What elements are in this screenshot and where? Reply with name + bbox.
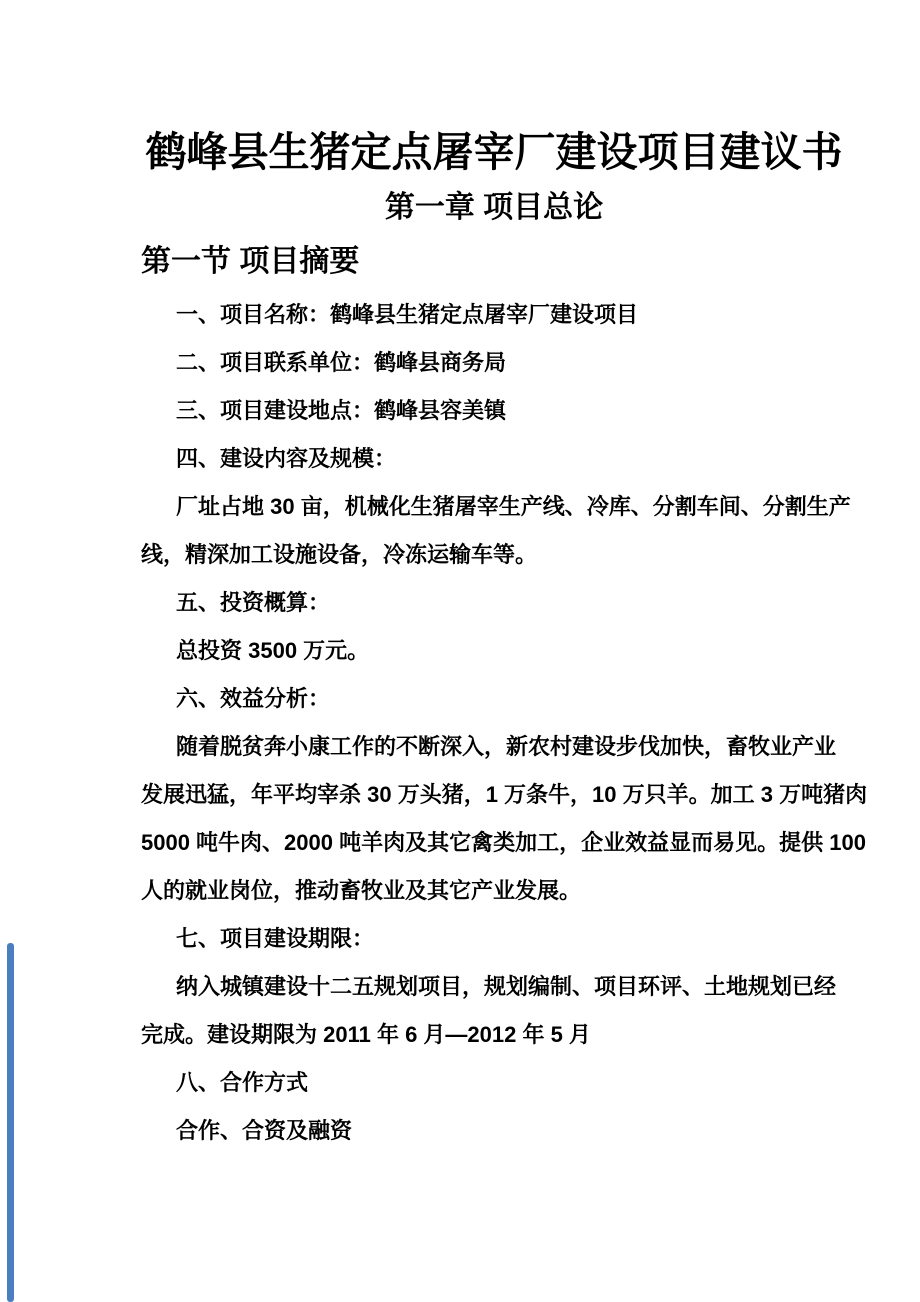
body-line: 总投资 3500 万元。 xyxy=(141,627,847,675)
section-heading: 第一节 项目摘要 xyxy=(141,238,847,286)
document-body: 一、项目名称：鹤峰县生猪定点屠宰厂建设项目二、项目联系单位：鹤峰县商务局三、项目… xyxy=(141,291,847,1155)
document-page: 鹤峰县生猪定点屠宰厂建设项目建议书 第一章 项目总论 第一节 项目摘要 一、项目… xyxy=(0,0,920,1302)
body-line: 五、投资概算： xyxy=(141,579,847,627)
body-line: 二、项目联系单位：鹤峰县商务局 xyxy=(141,339,847,387)
body-line: 厂址占地 30 亩，机械化生猪屠宰生产线、冷库、分割车间、分割生产 xyxy=(141,483,847,531)
body-line: 人的就业岗位，推动畜牧业及其它产业发展。 xyxy=(141,867,847,915)
chapter-heading: 第一章 项目总论 xyxy=(141,184,847,232)
body-line: 完成。建设期限为 2011 年 6 月—2012 年 5 月 xyxy=(141,1011,847,1059)
body-line: 发展迅猛，年平均宰杀 30 万头猪，1 万条牛，10 万只羊。加工 3 万吨猪肉 xyxy=(141,771,847,819)
body-line: 三、项目建设地点：鹤峰县容美镇 xyxy=(141,387,847,435)
body-line: 纳入城镇建设十二五规划项目，规划编制、项目环评、土地规划已经 xyxy=(141,963,847,1011)
body-line: 随着脱贫奔小康工作的不断深入，新农村建设步伐加快，畜牧业产业 xyxy=(141,723,847,771)
body-line: 合作、合资及融资 xyxy=(141,1107,847,1155)
body-line: 线，精深加工设施设备，冷冻运输车等。 xyxy=(141,531,847,579)
body-line: 5000 吨牛肉、2000 吨羊肉及其它禽类加工，企业效益显而易见。提供 100 xyxy=(141,819,847,867)
body-line: 四、建设内容及规模： xyxy=(141,435,847,483)
page-title: 鹤峰县生猪定点屠宰厂建设项目建议书 xyxy=(141,128,847,176)
body-line: 七、项目建设期限： xyxy=(141,915,847,963)
scroll-indicator[interactable] xyxy=(7,943,14,1302)
body-line: 六、效益分析： xyxy=(141,675,847,723)
document-content: 鹤峰县生猪定点屠宰厂建设项目建议书 第一章 项目总论 第一节 项目摘要 一、项目… xyxy=(141,128,847,1155)
body-line: 一、项目名称：鹤峰县生猪定点屠宰厂建设项目 xyxy=(141,291,847,339)
body-line: 八、合作方式 xyxy=(141,1059,847,1107)
